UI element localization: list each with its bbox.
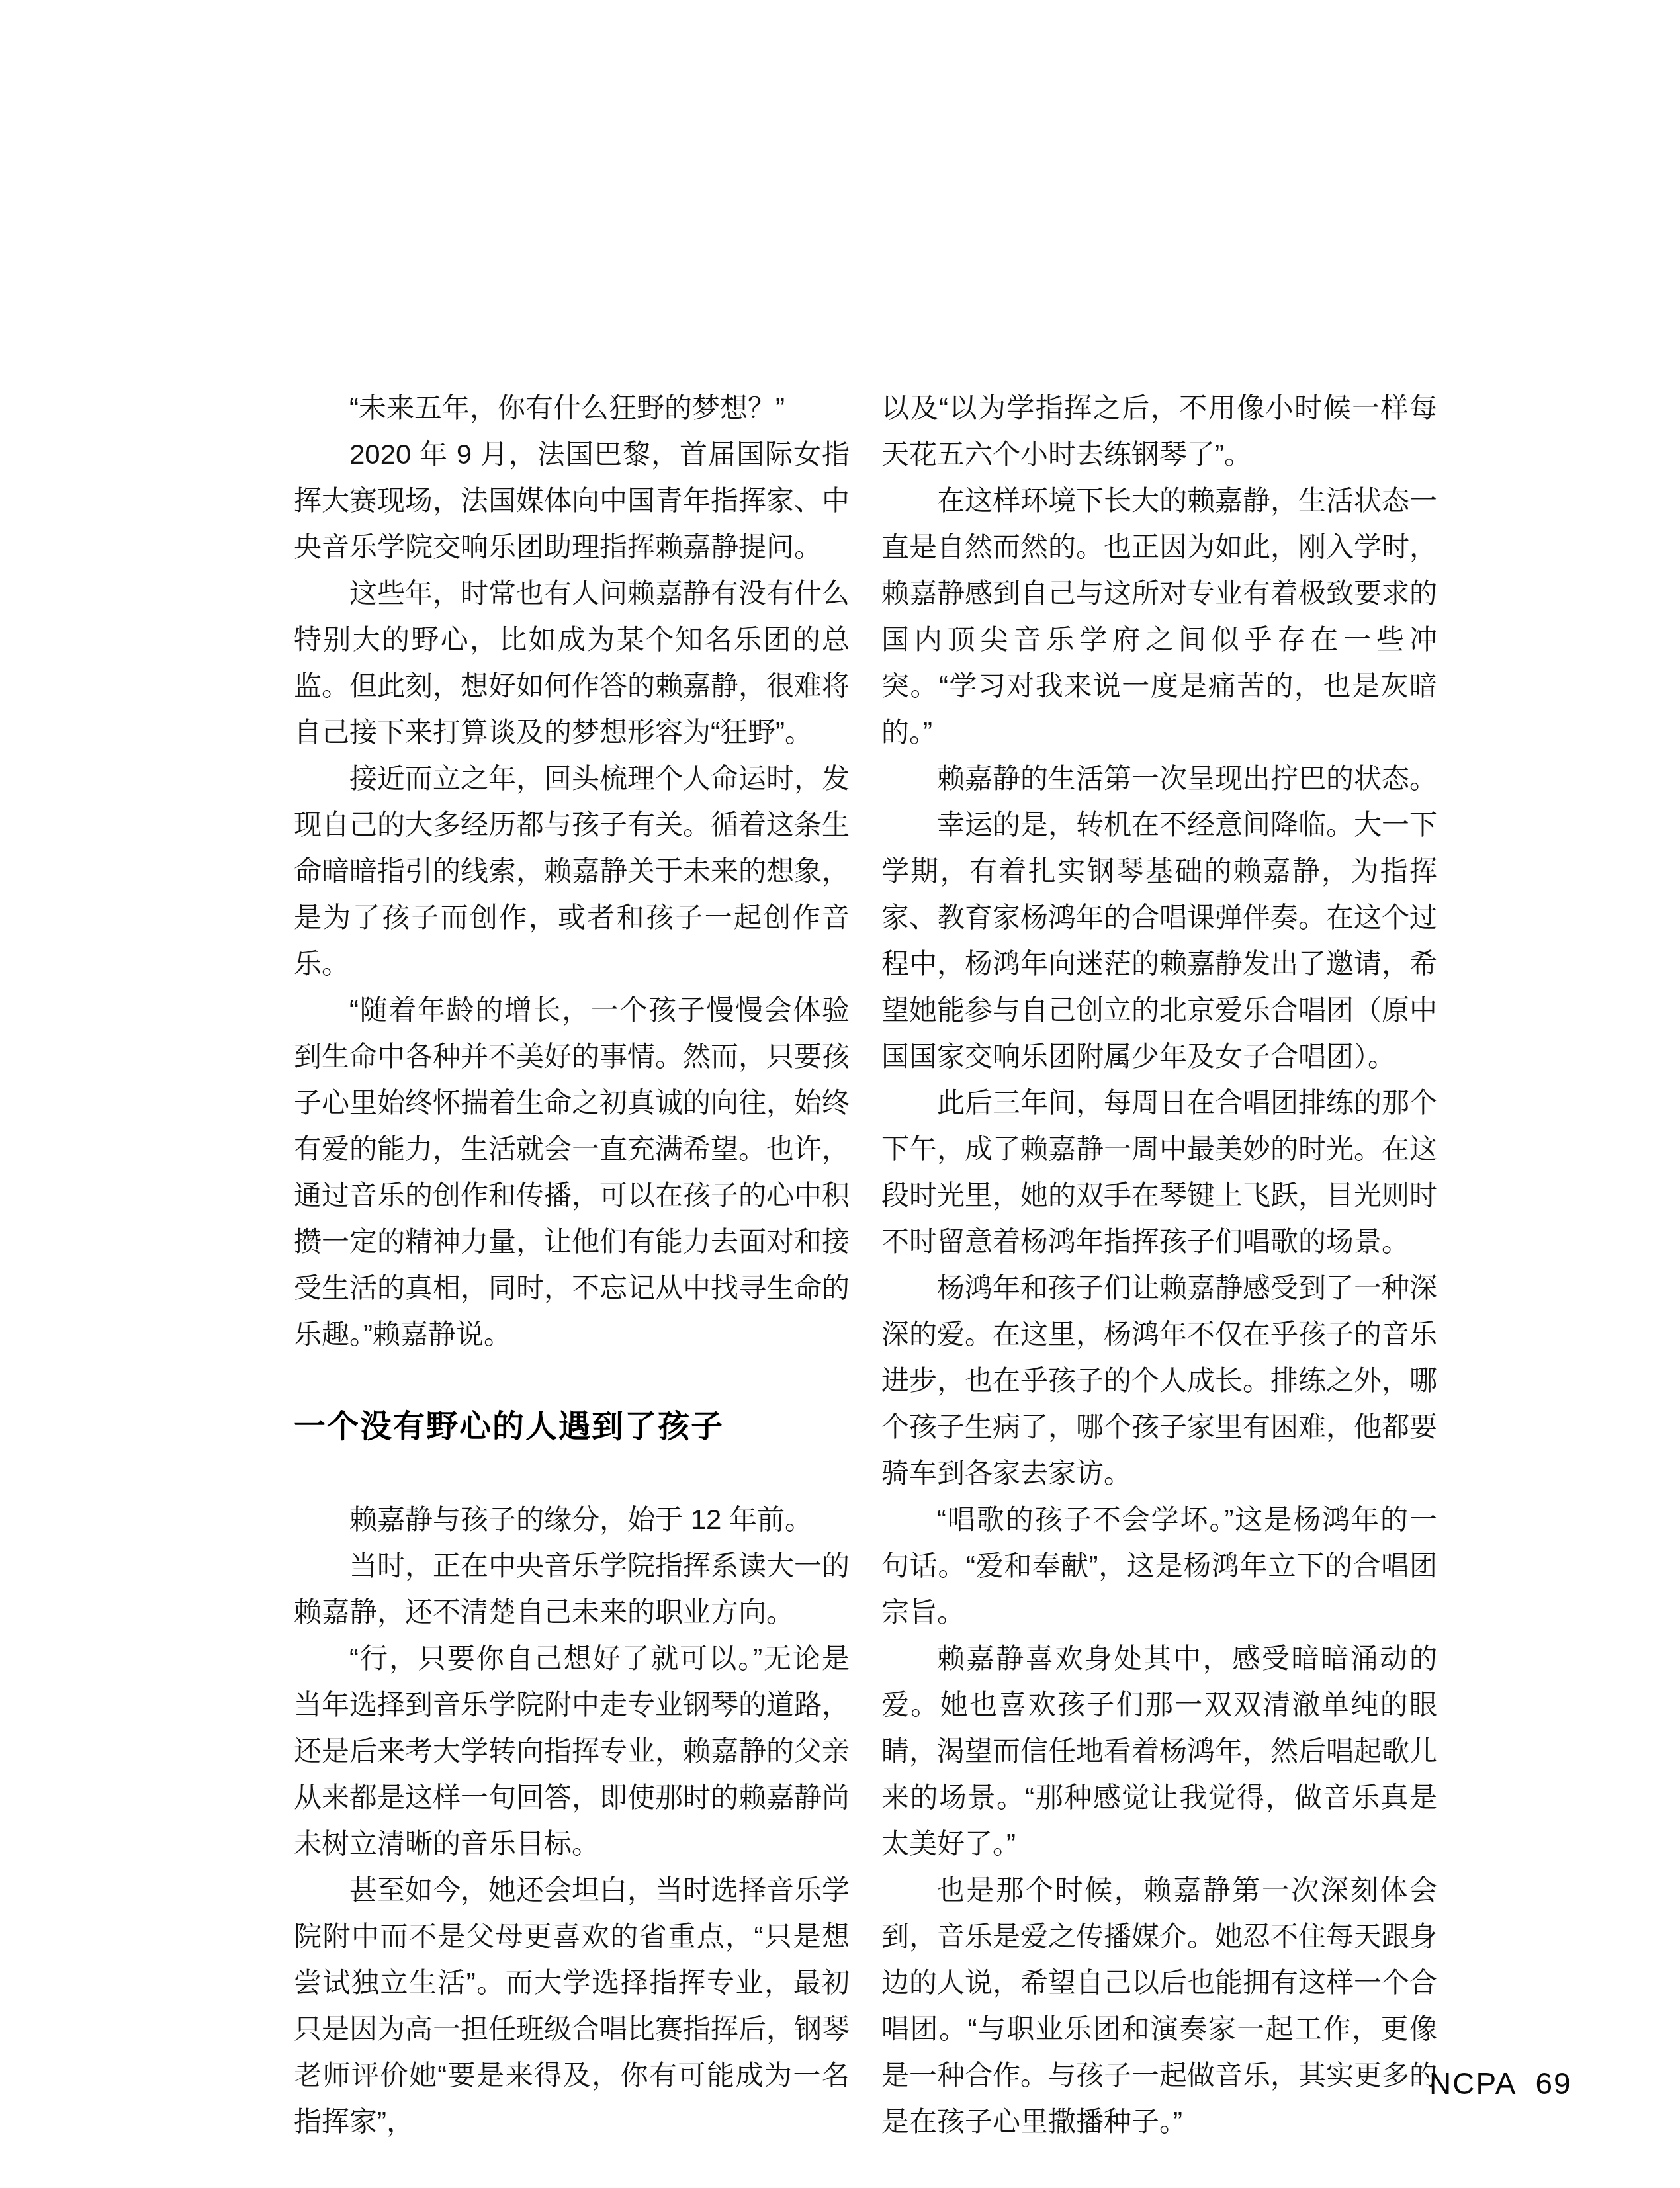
footer-page-number: 69	[1535, 2066, 1571, 2101]
magazine-page: “未来五年，你有什么狂野的梦想？”2020 年 9 月，法国巴黎，首届国际女指挥…	[0, 0, 1680, 2188]
paragraph: 也是那个时候，赖嘉静第一次深刻体会到，音乐是爱之传播媒介。她忍不住每天跟身边的人…	[881, 1867, 1437, 2145]
paragraph: 甚至如今，她还会坦白，当时选择音乐学院附中而不是父母更喜欢的省重点，“只是想尝试…	[294, 1867, 850, 2145]
paragraph: 幸运的是，转机在不经意间降临。大一下学期，有着扎实钢琴基础的赖嘉静，为指挥家、教…	[881, 802, 1437, 1080]
paragraph: 当时，正在中央音乐学院指挥系读大一的赖嘉静，还不清楚自己未来的职业方向。	[294, 1543, 850, 1636]
paragraph: 赖嘉静与孩子的缘分，始于 12 年前。	[294, 1497, 850, 1543]
paragraph: “行，只要你自己想好了就可以。”无论是当年选择到音乐学院附中走专业钢琴的道路，还…	[294, 1636, 850, 1867]
article-column-left: “未来五年，你有什么狂野的梦想？”2020 年 9 月，法国巴黎，首届国际女指挥…	[294, 385, 850, 2145]
article-column-right: 以及“以为学指挥之后，不用像小时候一样每天花五六个小时去练钢琴了”。在这样环境下…	[881, 385, 1437, 2145]
paragraph: 在这样环境下长大的赖嘉静，生活状态一直是自然而然的。也正因为如此，刚入学时，赖嘉…	[881, 478, 1437, 756]
paragraph: “未来五年，你有什么狂野的梦想？”	[294, 385, 850, 431]
paragraph: “随着年龄的增长，一个孩子慢慢会体验到生命中各种并不美好的事情。然而，只要孩子心…	[294, 987, 850, 1358]
section-heading: 一个没有野心的人遇到了孩子	[294, 1404, 850, 1450]
paragraph: 这些年，时常也有人问赖嘉静有没有什么特别大的野心，比如成为某个知名乐团的总监。但…	[294, 570, 850, 756]
paragraph: 此后三年间，每周日在合唱团排练的那个下午，成了赖嘉静一周中最美妙的时光。在这段时…	[881, 1080, 1437, 1265]
footer-brand: NCPA	[1429, 2066, 1517, 2101]
paragraph: 赖嘉静的生活第一次呈现出拧巴的状态。	[881, 756, 1437, 802]
paragraph: 赖嘉静喜欢身处其中，感受暗暗涌动的爱。她也喜欢孩子们那一双双清澈单纯的眼睛，渴望…	[881, 1636, 1437, 1867]
paragraph: “唱歌的孩子不会学坏。”这是杨鸿年的一句话。“爱和奉献”，这是杨鸿年立下的合唱团…	[881, 1497, 1437, 1636]
paragraph: 杨鸿年和孩子们让赖嘉静感受到了一种深深的爱。在这里，杨鸿年不仅在乎孩子的音乐进步…	[881, 1265, 1437, 1497]
paragraph: 以及“以为学指挥之后，不用像小时候一样每天花五六个小时去练钢琴了”。	[881, 385, 1437, 478]
paragraph: 接近而立之年，回头梳理个人命运时，发现自己的大多经历都与孩子有关。循着这条生命暗…	[294, 756, 850, 987]
page-footer: NCPA69	[1429, 2067, 1572, 2100]
paragraph: 2020 年 9 月，法国巴黎，首届国际女指挥大赛现场，法国媒体向中国青年指挥家…	[294, 431, 850, 570]
